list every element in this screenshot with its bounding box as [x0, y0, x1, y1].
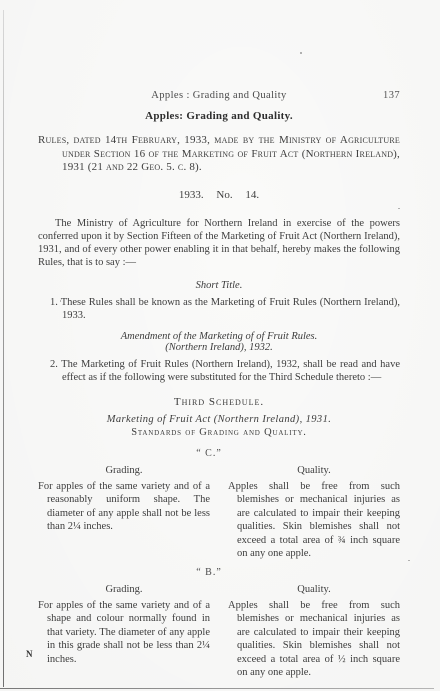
document-page: Apples : Grading and Quality 137 Apples:…: [0, 0, 440, 691]
quality-heading: Quality.: [228, 584, 400, 595]
schedule-heading: Third Schedule.: [38, 396, 400, 408]
schedule-subheading-standards: Standards of Grading and Quality.: [38, 427, 400, 438]
grade-c-mark: “ C.”: [18, 448, 400, 459]
running-header-row: Apples : Grading and Quality 137: [38, 90, 400, 101]
rule-1: 1. These Rules shall be known as the Mar…: [38, 296, 400, 322]
scan-speckle: [408, 560, 410, 561]
quality-heading: Quality.: [228, 465, 400, 476]
preamble-paragraph: Rules, dated 14th February, 1933, made b…: [38, 134, 400, 175]
scan-speckle: [300, 52, 302, 54]
grade-b-columns: Grading. For apples of the same variety …: [38, 584, 400, 680]
grade-b-mark: “ B.”: [18, 567, 400, 578]
grade-b-grading-column: Grading. For apples of the same variety …: [38, 584, 210, 680]
grade-c-grading-column: Grading. For apples of the same variety …: [38, 465, 210, 561]
grading-text: For apples of the same variety and of a …: [38, 599, 210, 667]
intro-paragraph: The Ministry of Agriculture for Northern…: [38, 217, 400, 269]
grading-heading: Grading.: [38, 584, 210, 595]
running-header: Apples : Grading and Quality: [38, 90, 348, 101]
document-title: Apples: Grading and Quality.: [38, 110, 400, 122]
short-title-heading: Short Title.: [38, 280, 400, 291]
printer-signature-mark: N: [26, 649, 33, 659]
scan-edge-bottom: [0, 688, 434, 689]
grading-heading: Grading.: [38, 465, 210, 476]
grade-c-columns: Grading. For apples of the same variety …: [38, 465, 400, 561]
amendment-heading-line2: (Northern Ireland), 1932.: [38, 342, 400, 353]
page-number: 137: [348, 90, 400, 101]
rule-2: 2. The Marketing of Fruit Rules (Norther…: [38, 358, 400, 384]
quality-text: Apples shall be free from such blemishes…: [228, 599, 400, 680]
amendment-heading-line1: Amendment of the Marketing of of Fruit R…: [38, 331, 400, 342]
scan-speckle: [398, 208, 400, 209]
scan-edge-left: [3, 10, 4, 687]
grade-c-quality-column: Quality. Apples shall be free from such …: [228, 465, 400, 561]
scan-speckle: [60, 300, 61, 302]
grading-text: For apples of the same variety and of a …: [38, 480, 210, 534]
schedule-subheading-act: Marketing of Fruit Act (Northern Ireland…: [38, 414, 400, 425]
quality-text: Apples shall be free from such blemishes…: [228, 480, 400, 561]
grade-b-quality-column: Quality. Apples shall be free from such …: [228, 584, 400, 680]
rule-number-line: 1933. No. 14.: [38, 189, 400, 201]
